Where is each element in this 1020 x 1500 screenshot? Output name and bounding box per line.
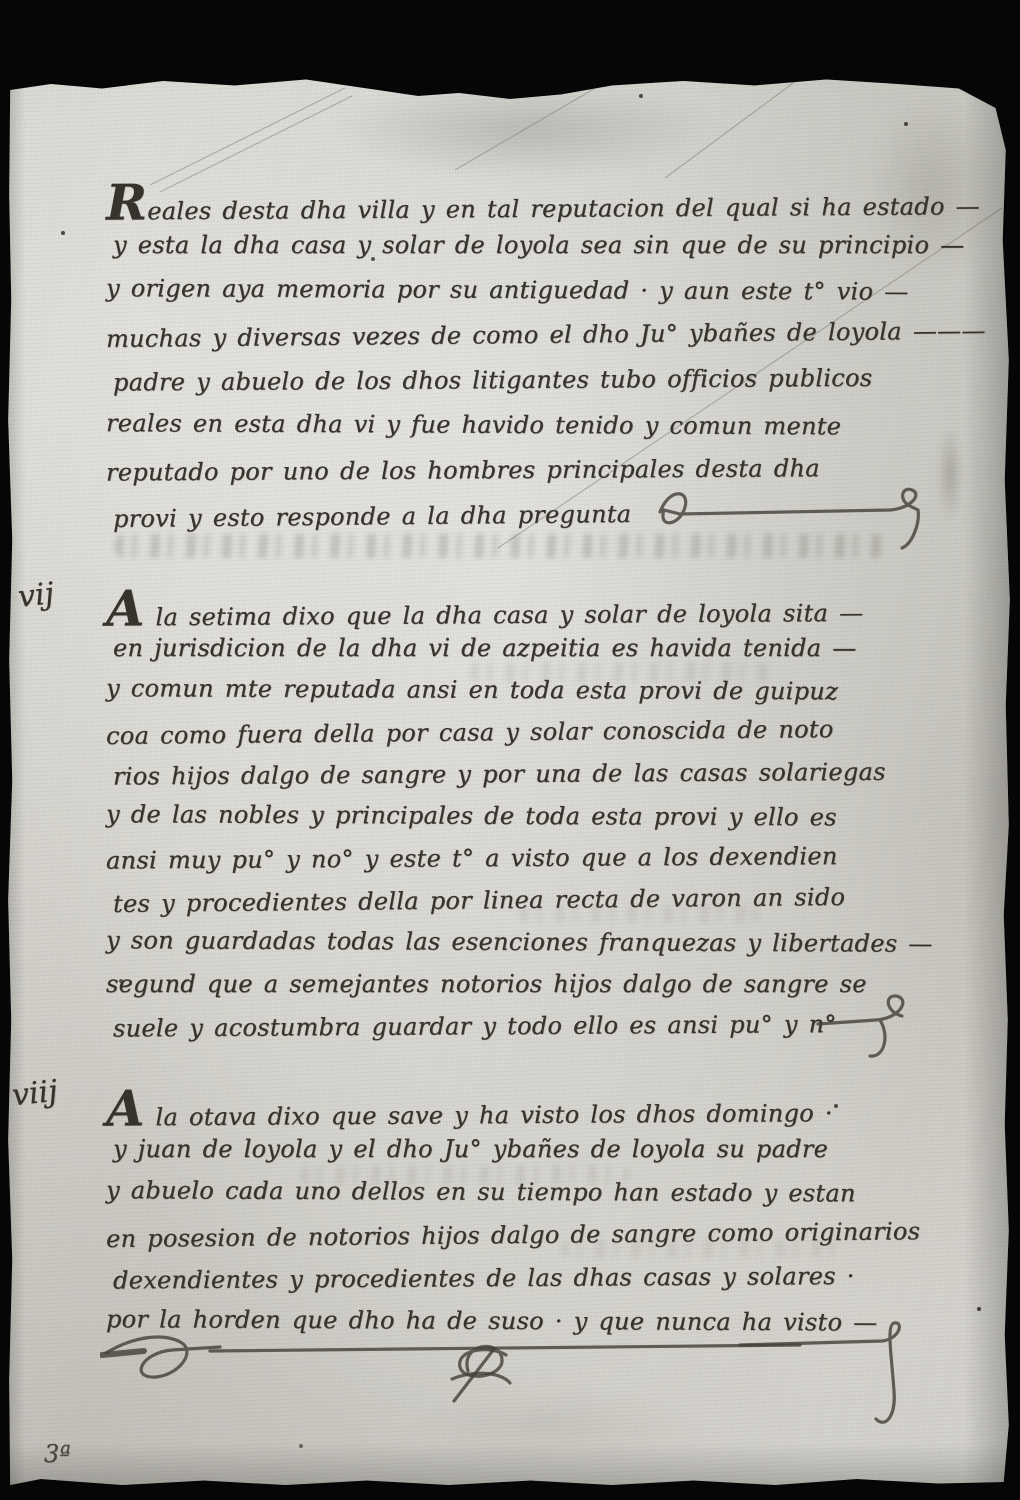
paper-stain	[420, 1390, 680, 1460]
manuscript-line: y esta la dha casa y solar de loyola sea…	[106, 223, 946, 268]
manuscript-line: segund que a semejantes notorios hijos d…	[106, 963, 946, 1005]
manuscript-line: dexendientes y procedientes de las dhas …	[106, 1254, 946, 1302]
manuscript-line: y origen aya memoria por su antiguedad ·…	[106, 266, 946, 315]
manuscript-paper: Reales desta dha villa y en tal reputaci…	[0, 0, 1020, 1500]
manuscript-line: A la otava dixo que save y ha visto los …	[106, 1082, 946, 1130]
manuscript-line: ansi muy pu° y no° y este t° a visto que…	[106, 834, 946, 881]
manuscript-line: reales en esta dha vi y fue havido tenid…	[106, 401, 946, 450]
margin-numeral: vij	[16, 576, 55, 615]
paragraph-2: A la setima dixo que la dha casa y solar…	[106, 585, 946, 1047]
manuscript-line: en posesion de notorios hijos dalgo de s…	[106, 1210, 946, 1261]
paper-stain	[330, 80, 720, 180]
manuscript-line: padre y abuelo de los dhos litigantes tu…	[106, 355, 946, 405]
manuscript-line: suele y acostumbra guardar y todo ello e…	[106, 1002, 946, 1049]
manuscript-line: A la setima dixo que la dha casa y solar…	[106, 582, 946, 629]
paragraph-3: A la otava dixo que save y ha visto los …	[106, 1085, 946, 1343]
manuscript-line: y de las nobles y principales de toda es…	[106, 793, 946, 839]
ink-specks	[0, 0, 2, 2]
manuscript-line: provi y esto responde a la dha pregunta	[106, 489, 946, 542]
manuscript-line: tes y procedientes della por linea recta…	[106, 875, 946, 925]
manuscript-line: Reales desta dha villa y en tal reputaci…	[106, 175, 946, 225]
margin-numeral: viij	[10, 1074, 59, 1114]
manuscript-line: por la horden que dho ha de suso · y que…	[106, 1298, 946, 1345]
manuscript-line: reputado por uno de los hombres principa…	[106, 445, 946, 495]
folio-number: 3ª	[44, 1440, 71, 1468]
manuscript-line: y abuelo cada uno dellos en su tiempo ha…	[106, 1169, 946, 1216]
manuscript-line: y comun mte reputada ansi en toda esta p…	[106, 667, 946, 713]
manuscript-line: en jurisdicion de la dha vi de azpeitia …	[106, 627, 946, 669]
manuscript-line: rios hijos dalgo de sangre y por una de …	[106, 750, 946, 797]
manuscript-line: muchas y diversas vezes de como el dho J…	[106, 309, 946, 362]
scribal-knot-doodle	[430, 1335, 560, 1420]
manuscript-line: y son guardadas todas las esenciones fra…	[106, 919, 946, 965]
manuscript-line: coa como fuera della por casa y solar co…	[106, 707, 946, 757]
paragraph-1: Reales desta dha villa y en tal reputaci…	[106, 178, 946, 538]
manuscript-line: y juan de loyola y el dho Ju° ybañes de …	[106, 1128, 946, 1171]
